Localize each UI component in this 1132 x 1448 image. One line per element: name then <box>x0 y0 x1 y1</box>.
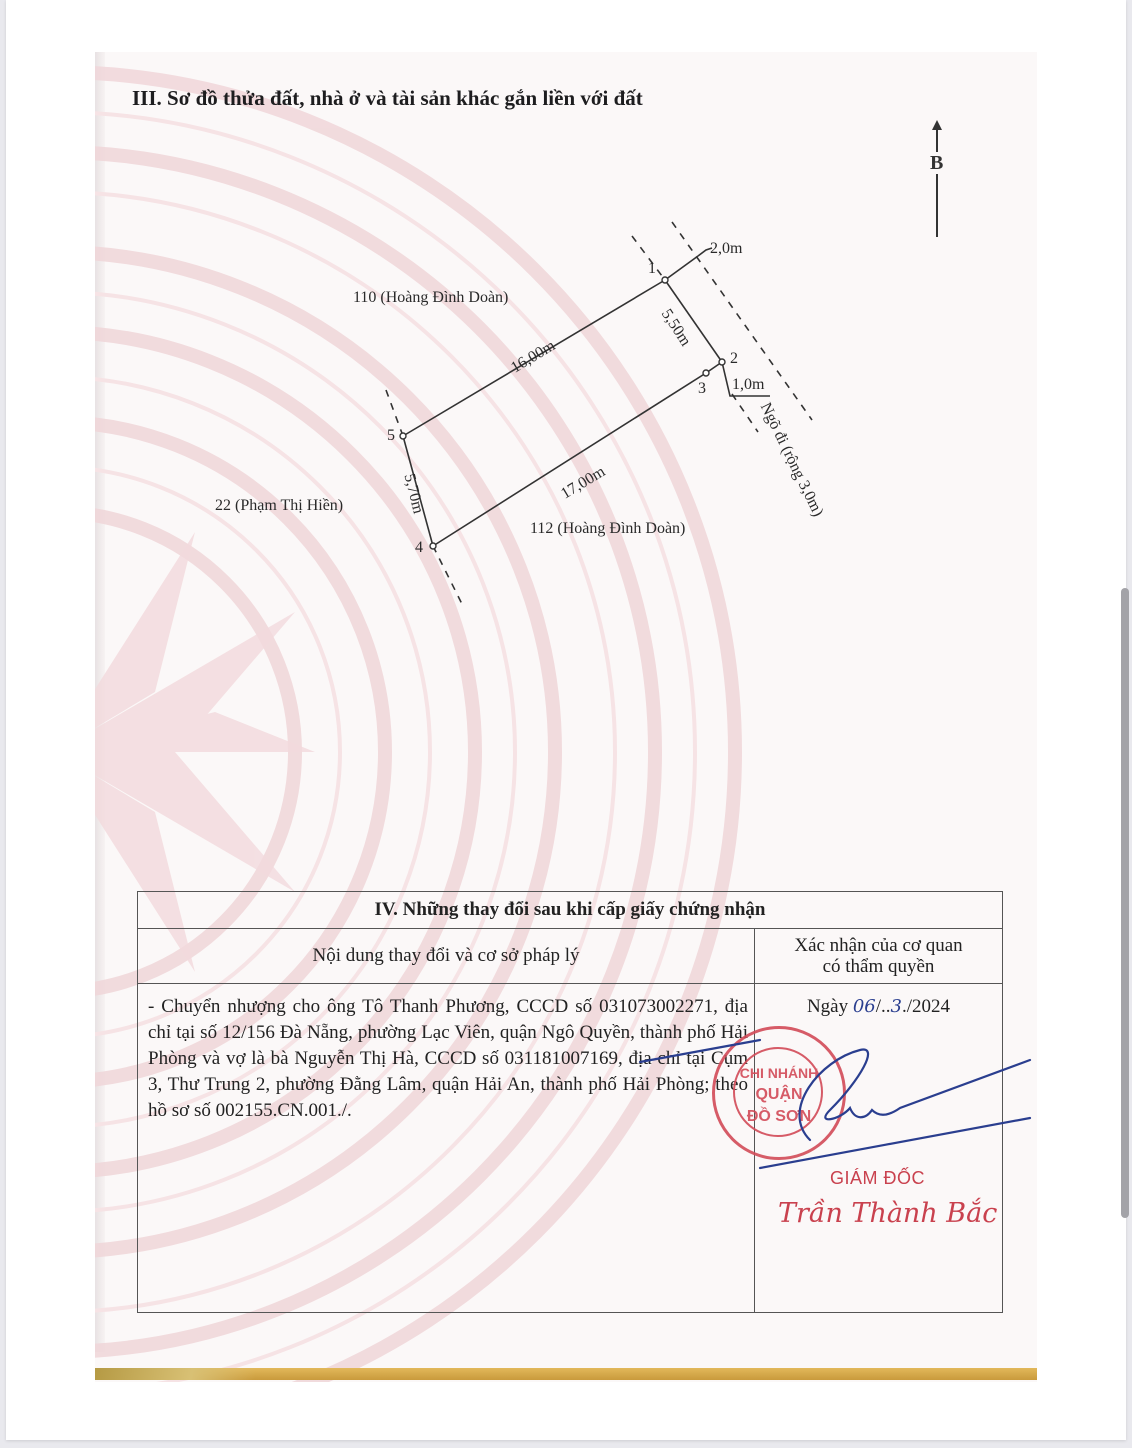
signer-title: GIÁM ĐỐC <box>830 1168 925 1189</box>
signer-name: Trần Thành Bắc <box>778 1198 997 1229</box>
signature-mark <box>0 0 1132 1448</box>
